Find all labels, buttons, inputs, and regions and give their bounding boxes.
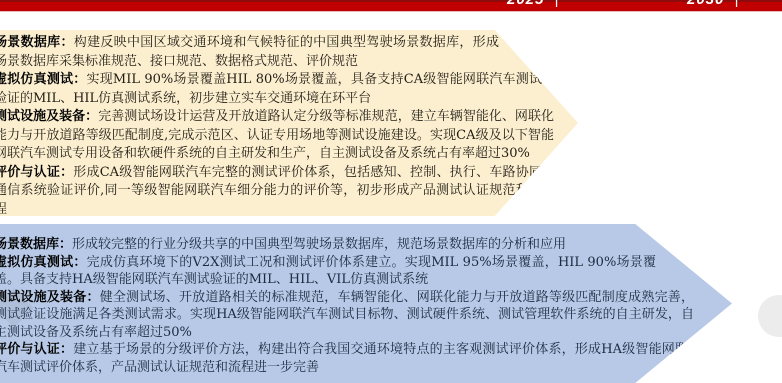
roadmap-item-label: 测试设施及装备：	[0, 290, 100, 305]
roadmap-item-scene-database: 场景数据库：构建反映中国区域交通环境和气候特征的中国典型驾驶场景数据库，形成场景…	[0, 34, 499, 71]
roadmap-item-virtual-simulation: 虚拟仿真测试：完成仿真环境下的V2X测试工况和测试评价体系建立。实现MIL 95…	[0, 254, 656, 289]
roadmap-item-label: 测试设施及装备：	[0, 109, 98, 124]
phase-arrow-2025: 场景数据库：构建反映中国区域交通环境和气候特征的中国典型驾驶场景数据库，形成场景…	[0, 30, 578, 216]
roadmap-item-label: 虚拟仿真测试：	[0, 72, 86, 87]
phase-arrow-2030: 场景数据库：形成较完整的行业分级共享的中国典型驾驶场景数据库，规范场景数据库的分…	[0, 224, 732, 383]
roadmap-item-text: 建立基于场景的分级评价方法，构建出符合我国交通环境特点的主客观测试评价体系，形成…	[0, 342, 688, 375]
timeline-year-2025: 2025|	[507, 0, 559, 8]
roadmap-item-label: 场景数据库：	[0, 35, 74, 50]
roadmap-item-text: 形成CA级智能网联汽车完整的测试评价体系，包括感知、控制、执行、车路协同通信系统…	[0, 165, 542, 217]
timeline-separator-icon: |	[724, 0, 739, 8]
timeline-year-2025-text: 2025	[507, 0, 544, 8]
timeline-bar: 2025| 2030|	[0, 0, 782, 12]
timeline-year-2030-text: 2030	[687, 0, 724, 8]
roadmap-item-test-facilities: 测试设施及装备：健全测试场、开放道路相关的标准规范，车辆智能化、网联化能力与开放…	[0, 289, 694, 342]
roadmap-item-text: 完成仿真环境下的V2X测试工况和测试评价体系建立。实现MIL 95%场景覆盖，H…	[0, 255, 656, 288]
roadmap-item-label: 评价与认证：	[0, 342, 73, 357]
roadmap-item-text: 构建反映中国区域交通环境和气候特征的中国典型驾驶场景数据库，形成场景数据库采集标…	[0, 35, 499, 69]
roadmap-item-virtual-simulation: 虚拟仿真测试：实现MIL 90%场景覆盖HIL 80%场景覆盖，具备支持CA级智…	[0, 71, 542, 108]
roadmap-item-text: 健全测试场、开放道路相关的标准规范，车辆智能化、网联化能力与开放道路等级匹配制度…	[0, 290, 694, 340]
timeline-separator-icon: |	[544, 0, 559, 8]
roadmap-slide: 2025| 2030| 场景数据库：构建反映中国区域交通环境和气候特征的中国典型…	[0, 0, 782, 383]
circle-watermark	[758, 295, 782, 337]
timeline-year-2030: 2030|	[687, 0, 739, 8]
roadmap-item-text: 形成较完整的行业分级共享的中国典型驾驶场景数据库，规范场景数据库的分析和应用	[72, 237, 566, 252]
roadmap-item-label: 场景数据库：	[0, 237, 72, 252]
roadmap-item-evaluation-certification: 评价与认证：形成CA级智能网联汽车完整的测试评价体系，包括感知、控制、执行、车路…	[0, 164, 542, 220]
roadmap-item-label: 评价与认证：	[0, 165, 73, 180]
roadmap-item-scene-database: 场景数据库：形成较完整的行业分级共享的中国典型驾驶场景数据库，规范场景数据库的分…	[0, 236, 700, 254]
roadmap-item-test-facilities: 测试设施及装备：完善测试场设计运营及开放道路认定分级等标准规范，建立车辆智能化、…	[0, 108, 554, 164]
roadmap-item-label: 虚拟仿真测试：	[0, 255, 87, 270]
roadmap-item-evaluation-certification: 评价与认证：建立基于场景的分级评价方法，构建出符合我国交通环境特点的主客观测试评…	[0, 341, 688, 376]
